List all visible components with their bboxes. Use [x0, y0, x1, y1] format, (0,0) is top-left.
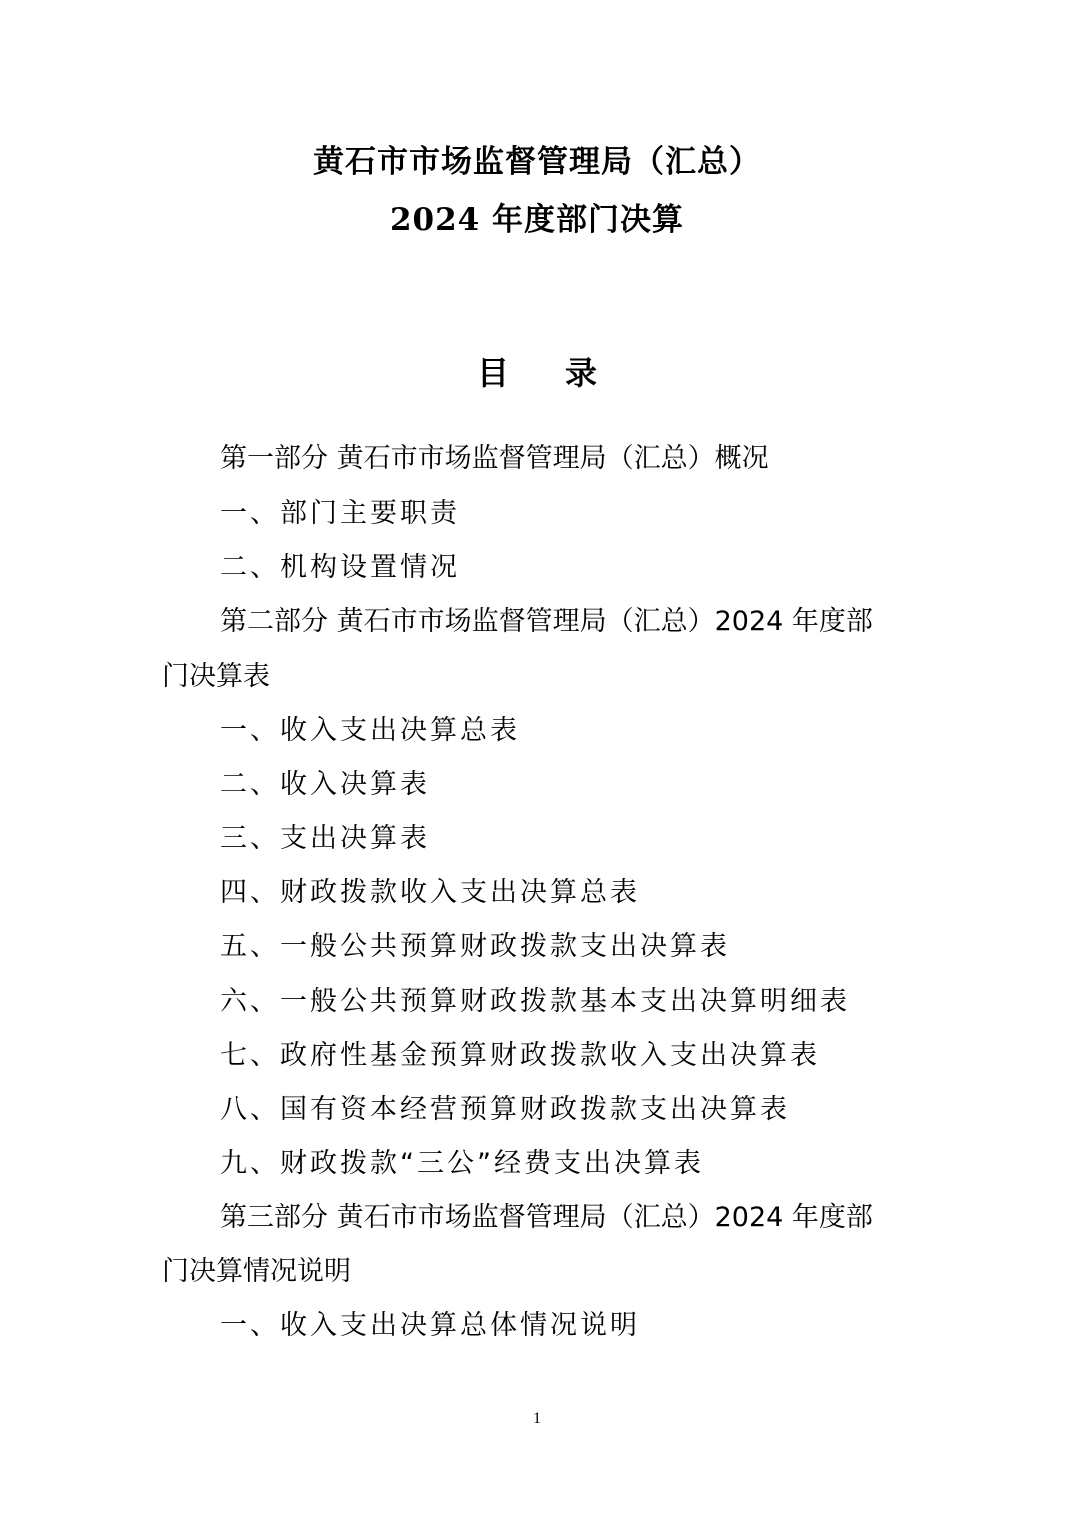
toc-heading-char-2: 录	[565, 354, 597, 392]
toc-item: 八、国有资本经营预算财政拨款支出决算表	[220, 1087, 790, 1126]
toc-item: 五、一般公共预算财政拨款支出决算表	[220, 924, 730, 963]
toc-part-heading: 第三部分 黄石市市场监督管理局（汇总）2024 年度部	[220, 1195, 873, 1234]
toc-item: 三、支出决算表	[220, 816, 430, 855]
toc-item: 一、收入支出决算总体情况说明	[220, 1303, 640, 1342]
toc-item: 七、政府性基金预算财政拨款收入支出决算表	[220, 1033, 820, 1072]
toc-heading: 目录	[0, 348, 1074, 394]
toc-part-heading: 门决算表	[162, 654, 270, 693]
document-title-line1: 黄石市市场监督管理局（汇总）	[0, 136, 1074, 181]
toc-heading-char-1: 目	[477, 354, 509, 392]
toc-item: 九、财政拨款“三公”经费支出决算表	[220, 1141, 704, 1180]
toc-item: 二、收入决算表	[220, 762, 430, 801]
toc-part-heading: 门决算情况说明	[162, 1249, 351, 1288]
toc-item: 一、部门主要职责	[220, 491, 460, 530]
toc-item: 二、机构设置情况	[220, 545, 460, 584]
toc-item: 四、财政拨款收入支出决算总表	[220, 870, 640, 909]
page-number: 1	[0, 1410, 1074, 1428]
toc-item: 六、一般公共预算财政拨款基本支出决算明细表	[220, 979, 850, 1018]
toc-part-heading: 第二部分 黄石市市场监督管理局（汇总）2024 年度部	[220, 599, 873, 638]
toc-item: 一、收入支出决算总表	[220, 708, 520, 747]
toc-part-heading: 第一部分 黄石市市场监督管理局（汇总）概况	[220, 436, 769, 475]
document-title-line2: 2024 年度部门决算	[0, 194, 1074, 239]
